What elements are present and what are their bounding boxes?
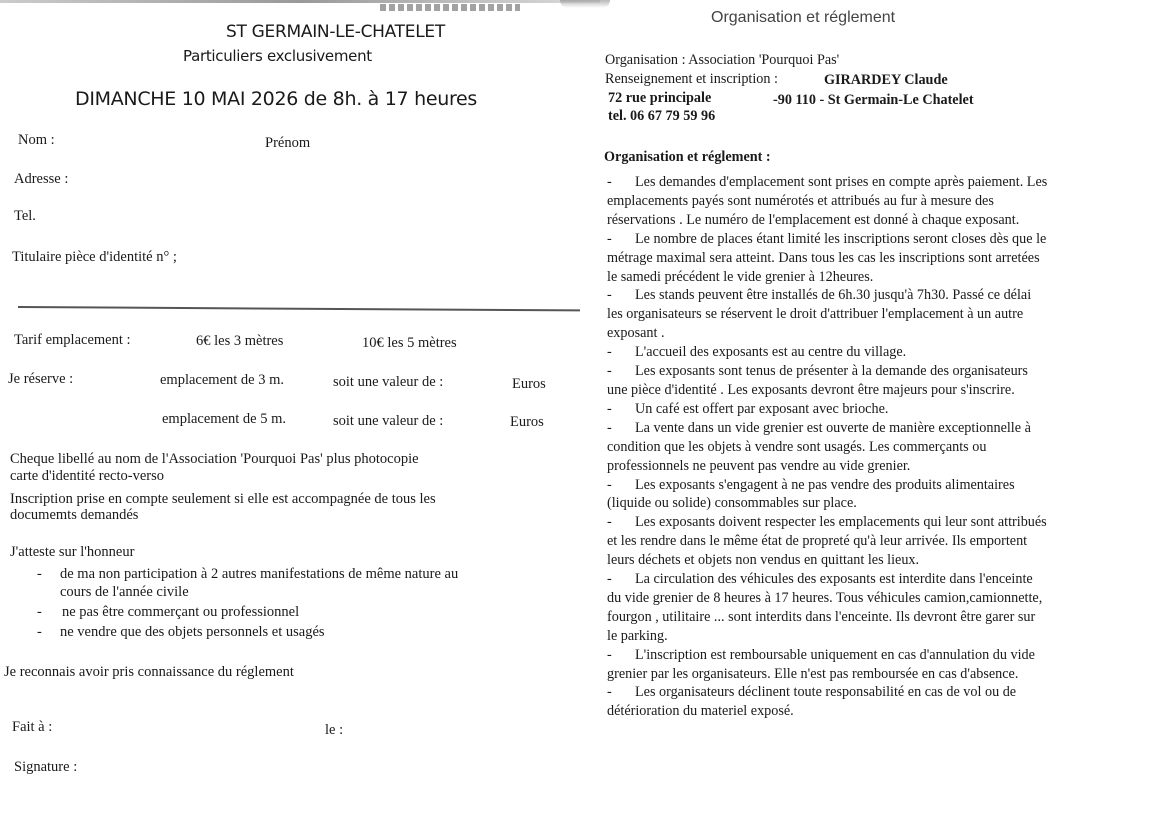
rule-text: L'accueil des exposants est au centre du… [635,344,906,360]
address-city: -90 110 - St Germain-Le Chatelet [773,92,974,109]
rule-line: le samedi précédent le vide grenier à 12… [607,268,1167,287]
acknowledge-text: Je reconnais avoir pris connaissance du … [4,664,294,681]
nom-label: Nom : [18,132,55,149]
rules-list: -Les demandes d'emplacement sont prises … [607,173,1167,721]
event-date: DIMANCHE 10 MAI 2026 de 8h. à 17 heures [75,88,477,110]
titulaire-label: Titulaire pièce d'identité n° ; [12,249,177,266]
rule-bullet: - [607,343,635,362]
rule-line: -Les exposants doivent respecter les emp… [607,513,1167,532]
rule-text: leurs déchets et objets non vendus en qu… [607,552,919,568]
cut-off-header-text [380,4,520,11]
attestation-intro: J'atteste sur l'honneur [10,544,134,561]
rule-line: fourgon , utilitaire ... sont interdits … [607,608,1167,627]
rule-text: Les demandes d'emplacement sont prises e… [635,174,1047,190]
rule-text: Un café est offert par exposant avec bri… [635,401,888,417]
tel-label: Tel. [14,208,36,225]
rule-text: professionnels ne peuvent pas vendre au … [607,458,910,474]
rule-bullet: - [607,230,635,249]
rule-text: Les exposants doivent respecter les empl… [635,514,1047,530]
subtitle: Particuliers exclusivement [183,47,372,65]
section-divider [18,306,580,311]
rule-line: -L'accueil des exposants est au centre d… [607,343,1167,362]
rule-text: Le nombre de places étant limité les ins… [635,231,1046,247]
fait-a-label: Fait à : [12,719,52,736]
attestation-dash: - [37,566,42,583]
rule-line: -Les exposants sont tenus de présenter à… [607,362,1167,381]
tarif-3m: 6€ les 3 mètres [196,333,283,350]
tarif-label: Tarif emplacement : [14,332,131,349]
rule-line: -Les exposants s'engagent à ne pas vendr… [607,476,1167,495]
attestation-item: de ma non participation à 2 autres manif… [60,566,458,583]
rule-line: -La circulation des véhicules des exposa… [607,570,1167,589]
rule-text: Les stands peuvent être installés de 6h.… [635,287,1031,303]
reserve-3m-item: emplacement de 3 m. [160,372,284,389]
payment-line: carte d'identité recto-verso [10,468,164,485]
rule-line: du vide grenier de 8 heures à 17 heures.… [607,589,1167,608]
attestation-dash: - [37,604,42,621]
rule-line: et les rendre dans le même état de propr… [607,532,1167,551]
contact-name: GIRARDEY Claude [824,72,948,89]
town-title: ST GERMAIN-LE-CHATELET [226,22,445,42]
signature-label: Signature : [14,759,77,776]
rule-text: L'inscription est remboursable uniquemen… [635,647,1035,663]
tarif-5m: 10€ les 5 mètres [362,335,457,352]
rule-text: Les exposants s'engagent à ne pas vendre… [635,477,1015,493]
rule-text: une pièce d'identité . Les exposants dev… [607,382,1015,398]
rules-heading: Organisation et réglement : [604,149,771,166]
rule-line: -Les stands peuvent être installés de 6h… [607,286,1167,305]
rule-bullet: - [607,173,635,192]
rule-text: le parking. [607,628,668,644]
rule-text: emplacements payés sont numérotés et att… [607,193,994,209]
rule-text: du vide grenier de 8 heures à 17 heures.… [607,590,1042,606]
reserve-3m-unit: Euros [512,376,546,393]
rule-text: Les exposants sont tenus de présenter à … [635,363,1028,379]
rule-line: une pièce d'identité . Les exposants dev… [607,381,1167,400]
rule-bullet: - [607,570,635,589]
rule-text: grenier par les organisateurs. Elle n'es… [607,666,1018,682]
rule-text: fourgon , utilitaire ... sont interdits … [607,609,1035,625]
rule-line: condition que les objets à vendre sont u… [607,438,1167,457]
rule-text: et les rendre dans le même état de propr… [607,533,1027,549]
rule-line: -Le nombre de places étant limité les in… [607,230,1167,249]
adresse-label: Adresse : [14,171,68,188]
rule-line: les organisateurs se réservent le droit … [607,305,1167,324]
attestation-item: ne vendre que des objets personnels et u… [60,624,325,641]
rule-line: -Un café est offert par exposant avec br… [607,400,1167,419]
page-heading: Organisation et réglement [711,9,895,27]
rule-text: réservations . Le numéro de l'emplacemen… [607,212,1019,228]
rule-line: emplacements payés sont numérotés et att… [607,192,1167,211]
attestation-item: cours de l'année civile [60,584,189,601]
rule-text: détérioration du materiel exposé. [607,703,794,719]
phone-number: tel. 06 67 79 59 96 [608,108,715,125]
rule-bullet: - [607,476,635,495]
rule-text: exposant . [607,325,665,341]
rule-line: réservations . Le numéro de l'emplacemen… [607,211,1167,230]
scan-shadow [560,0,610,8]
rule-line: -Les demandes d'emplacement sont prises … [607,173,1167,192]
rule-line: leurs déchets et objets non vendus en qu… [607,551,1167,570]
rule-line: -La vente dans un vide grenier est ouver… [607,419,1167,438]
rule-line: (liquide ou solide) consommables sur pla… [607,494,1167,513]
organisation-line: Organisation : Association 'Pourquoi Pas… [605,52,839,69]
reserve-label: Je réserve : [8,371,73,388]
rule-bullet: - [607,362,635,381]
scan-edge [0,0,600,3]
rule-text: le samedi précédent le vide grenier à 12… [607,269,873,285]
rule-text: Les organisateurs déclinent toute respon… [635,684,1016,700]
rule-text: (liquide ou solide) consommables sur pla… [607,495,857,511]
attestation-dash: - [37,624,42,641]
rule-line: détérioration du materiel exposé. [607,702,1167,721]
le-label: le : [325,722,343,739]
rule-bullet: - [607,683,635,702]
rule-text: condition que les objets à vendre sont u… [607,439,986,455]
rule-line: le parking. [607,627,1167,646]
rule-text: La vente dans un vide grenier est ouvert… [635,420,1031,436]
prenom-label: Prénom [265,135,310,152]
rule-text: métrage maximal sera atteint. Dans tous … [607,250,1040,266]
renseignement-label: Renseignement et inscription : [605,71,778,88]
rule-bullet: - [607,419,635,438]
rule-bullet: - [607,513,635,532]
reserve-3m-value-label: soit une valeur de : [333,374,443,391]
rule-bullet: - [607,286,635,305]
address-street: 72 rue principale [608,90,711,107]
payment-line: Inscription prise en compte seulement si… [10,491,436,508]
rule-line: professionnels ne peuvent pas vendre au … [607,457,1167,476]
payment-line: documemts demandés [10,507,138,524]
reserve-5m-value-label: soit une valeur de : [333,413,443,430]
rule-line: exposant . [607,324,1167,343]
rule-bullet: - [607,646,635,665]
rule-line: -L'inscription est remboursable uniqueme… [607,646,1167,665]
attestation-item: ne pas être commerçant ou professionnel [62,604,299,621]
rule-text: les organisateurs se réservent le droit … [607,306,1023,322]
rule-line: métrage maximal sera atteint. Dans tous … [607,249,1167,268]
reserve-5m-item: emplacement de 5 m. [162,411,286,428]
rule-bullet: - [607,400,635,419]
payment-line: Cheque libellé au nom de l'Association '… [10,451,419,468]
rule-text: La circulation des véhicules des exposan… [635,571,1033,587]
rule-line: grenier par les organisateurs. Elle n'es… [607,665,1167,684]
reserve-5m-unit: Euros [510,414,544,431]
rule-line: -Les organisateurs déclinent toute respo… [607,683,1167,702]
